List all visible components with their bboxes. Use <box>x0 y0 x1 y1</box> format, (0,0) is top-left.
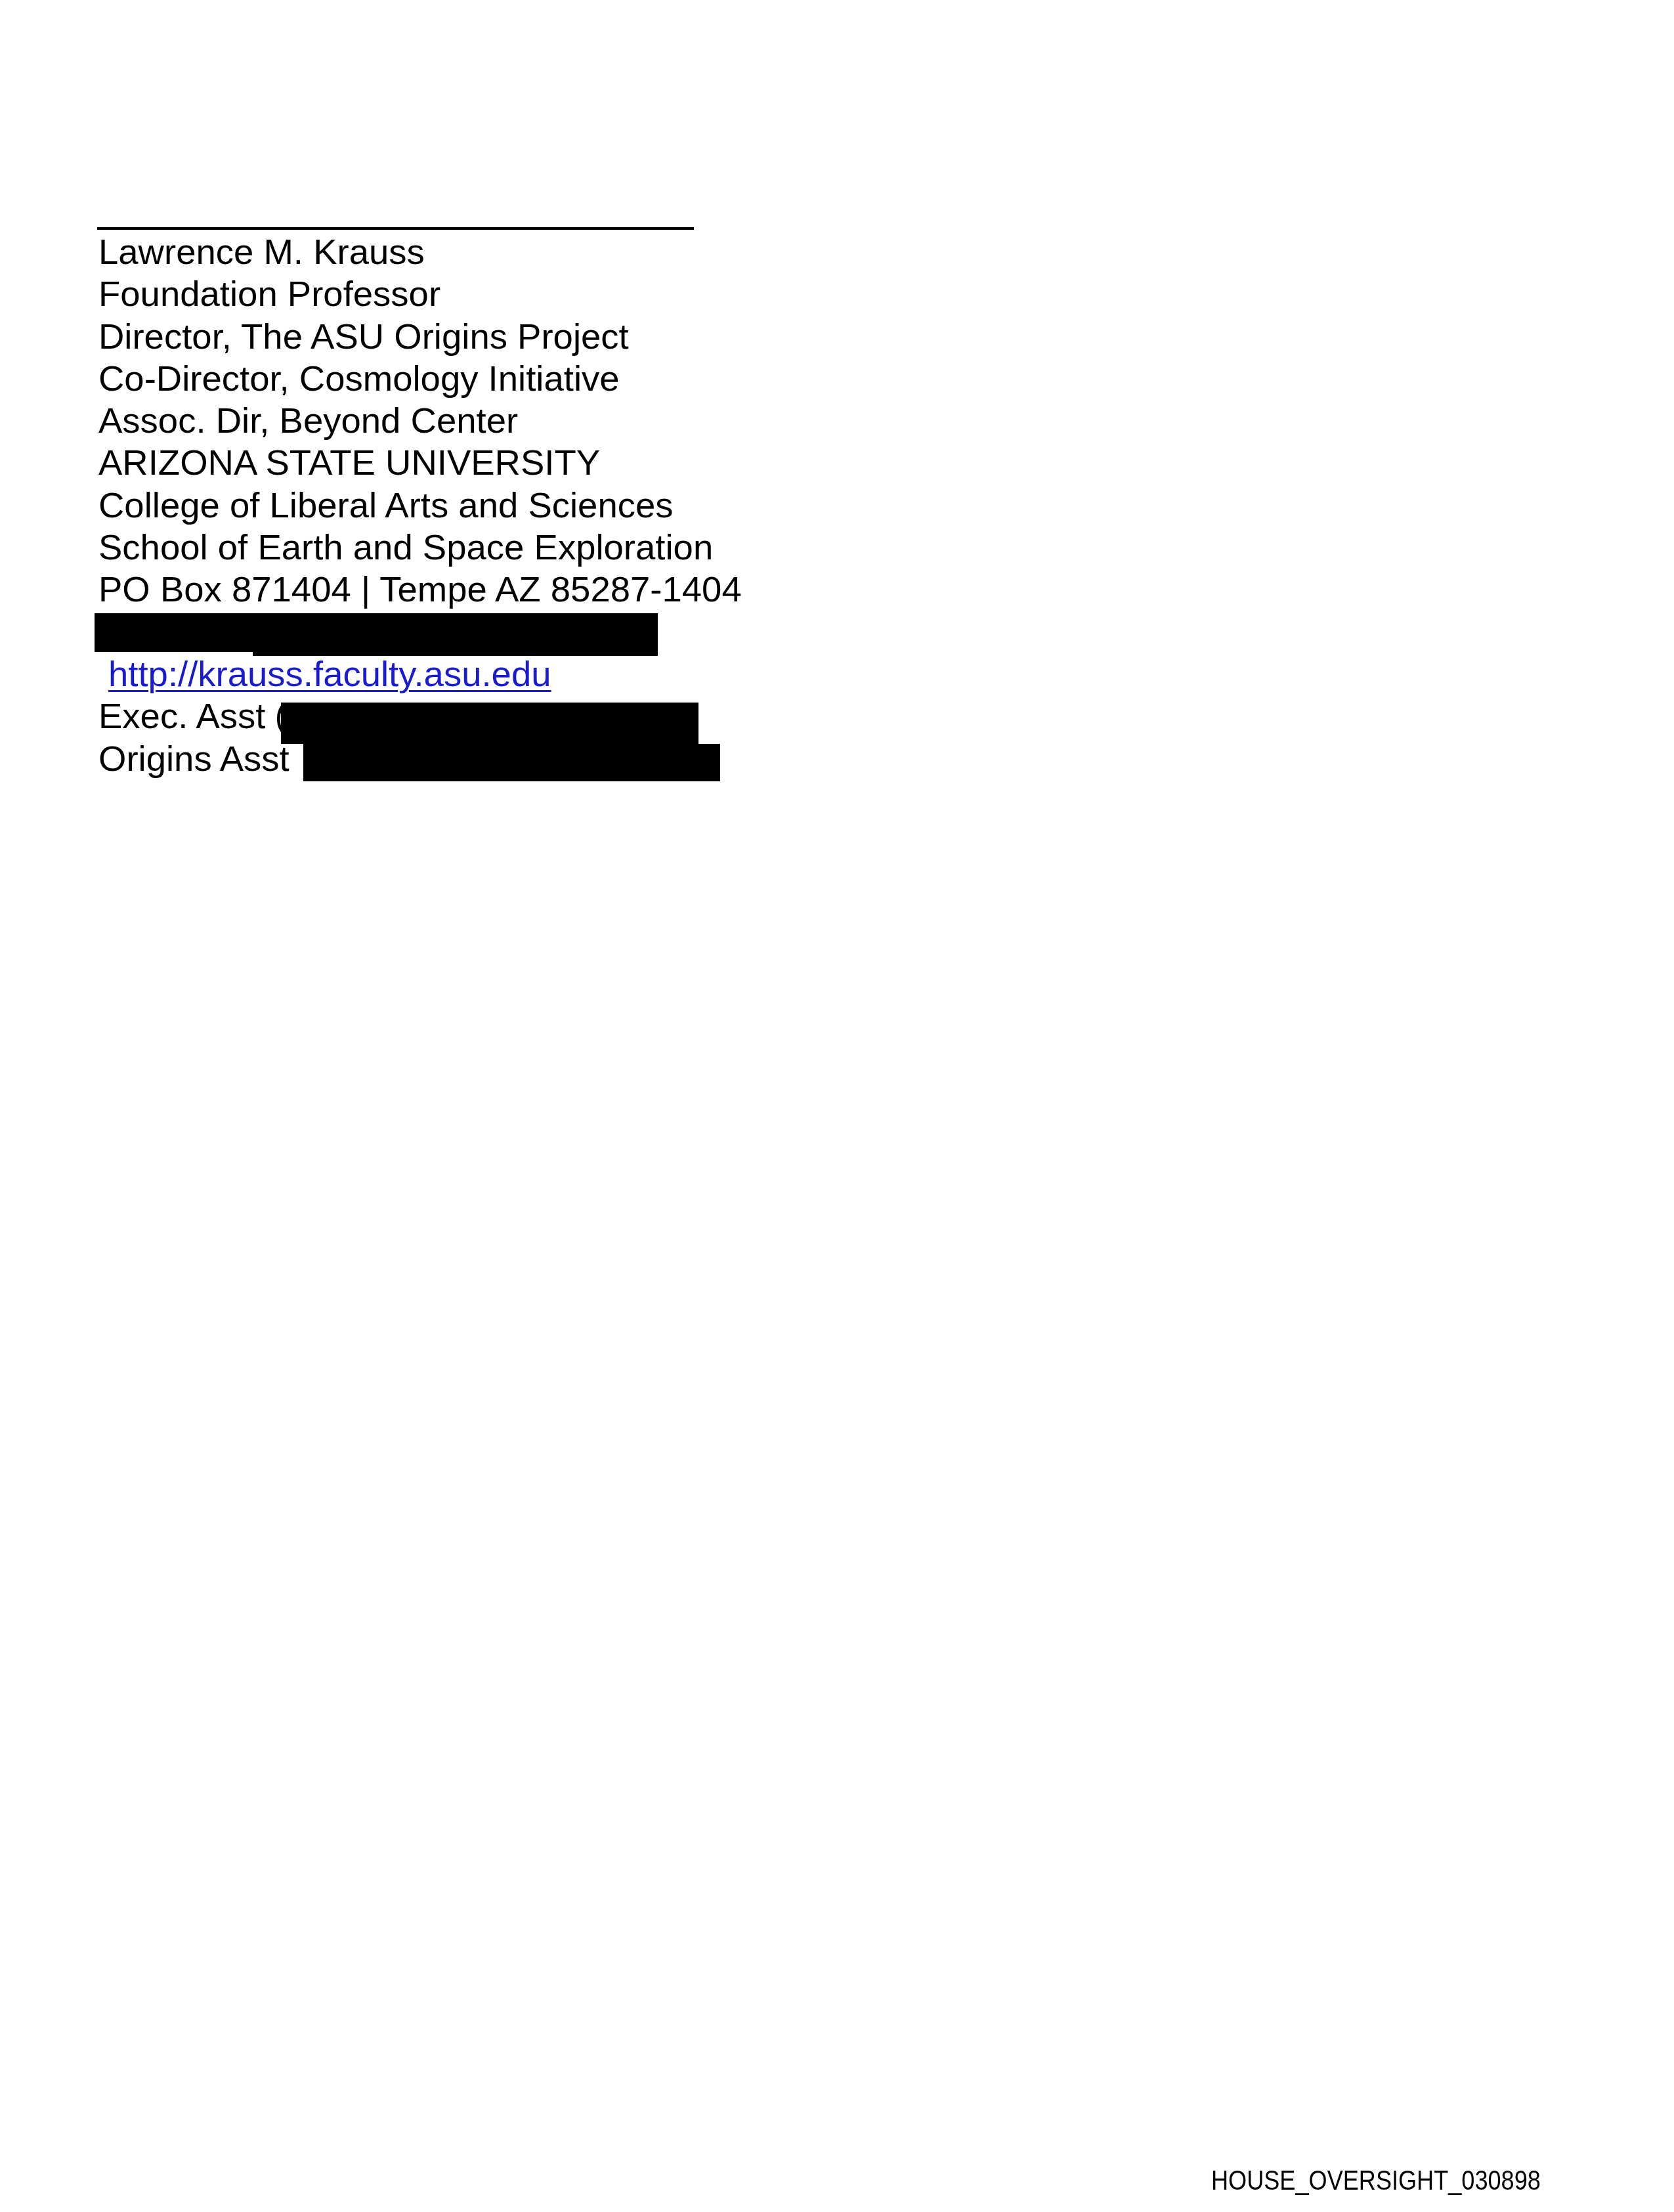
redaction-box-contact <box>95 613 658 652</box>
redaction-box-contact-tail <box>253 650 658 656</box>
signature-role-beyond: Assoc. Dir, Beyond Center <box>98 400 742 442</box>
redaction-box-exec-asst <box>281 703 698 744</box>
signature-role-cosmology: Co-Director, Cosmology Initiative <box>98 358 742 400</box>
bates-number: HOUSE_OVERSIGHT_030898 <box>1211 2164 1541 2197</box>
signature-title: Foundation Professor <box>98 273 742 315</box>
signature-role-origins: Director, The ASU Origins Project <box>98 316 742 358</box>
signature-address: PO Box 871404 | Tempe AZ 85287-1404 <box>98 569 742 611</box>
signature-name: Lawrence M. Krauss <box>98 231 742 273</box>
signature-university: ARIZONA STATE UNIVERSITY <box>98 442 742 484</box>
website-link[interactable]: http://krauss.faculty.asu.edu <box>108 654 551 694</box>
signature-school: School of Earth and Space Exploration <box>98 527 742 569</box>
origins-asst-label: Origins Asst <box>98 739 290 779</box>
redaction-box-origins-asst <box>303 744 720 781</box>
signature-college: College of Liberal Arts and Sciences <box>98 485 742 527</box>
signature-separator-rule <box>97 227 694 230</box>
email-signature-block: Lawrence M. Krauss Foundation Professor … <box>98 231 742 780</box>
website-line: http://krauss.faculty.asu.edu <box>98 653 742 695</box>
exec-asst-label: Exec. Asst <box>98 696 265 736</box>
